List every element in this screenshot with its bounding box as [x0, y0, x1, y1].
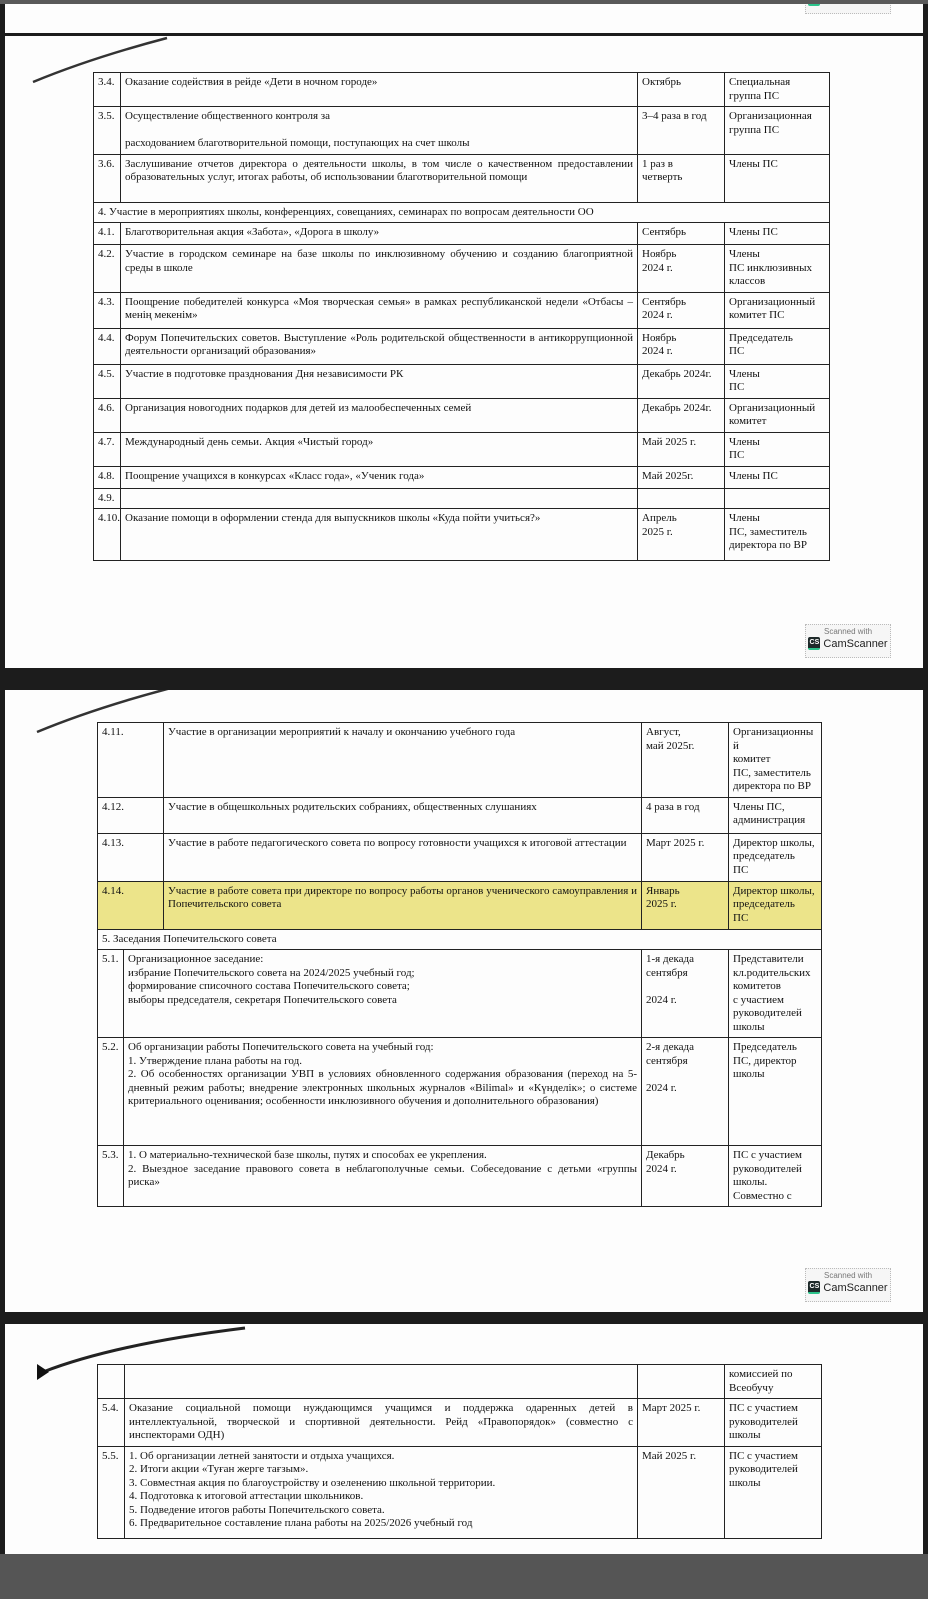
cell-text-line: Об организации работы Попечительского со… — [128, 1041, 637, 1055]
cell-text-line: 1 раз в — [642, 158, 720, 172]
cell-text-line: Сентябрь — [642, 226, 720, 240]
cell-text-line: ПС — [733, 912, 817, 926]
scanned-page-3: комиссией поВсеобучу5.4.Оказание социаль… — [5, 1324, 923, 1554]
cell-text-line — [125, 124, 633, 138]
deadline-cell: 1-я декадасентября 2024 г. — [642, 950, 729, 1038]
cell-text-line: руководителей — [733, 1007, 817, 1021]
cell-text-line: ПС с участием — [729, 1450, 817, 1464]
activity-cell: Участие в городском семинаре на базе шко… — [121, 245, 638, 293]
table-row: 4.7.Международный день семьи. Акция «Чис… — [94, 432, 830, 466]
cell-text-line: Март 2025 г. — [646, 837, 724, 851]
responsible-cell: Организационнаягруппа ПС — [725, 107, 830, 155]
camscanner-logo-icon: CS — [808, 637, 820, 650]
cell-text-line: ПС, заместитель — [729, 526, 825, 540]
cell-text-line: Участие в работе педагогического совета … — [168, 837, 637, 851]
activity-cell: Форум Попечительских советов. Выступлени… — [121, 328, 638, 364]
cell-text-line: председатель — [733, 850, 817, 864]
plan-table-page2: 4.11.Участие в организации мероприятий к… — [97, 722, 822, 1207]
cell-text-line: 1-я декада — [646, 953, 724, 967]
deadline-cell: Март 2025 г. — [642, 833, 729, 881]
cell-text-line: сентября — [646, 967, 724, 981]
activity-cell: Участие в работе педагогического совета … — [164, 833, 642, 881]
cell-text-line: 2024 г. — [642, 309, 720, 323]
deadline-cell: Декабрь 2024г. — [638, 364, 725, 398]
cell-text-line: Август, — [646, 726, 724, 740]
cell-text-line: комитет — [733, 753, 817, 767]
deadline-cell: 3–4 раза в год — [638, 107, 725, 155]
cell-text-line: школы. — [733, 1176, 817, 1190]
item-number: 3.5. — [94, 107, 121, 155]
table-row: 4.14.Участие в работе совета при директо… — [98, 881, 822, 929]
activity-cell: Организация новогодних подарков для дете… — [121, 398, 638, 432]
item-number: 4.5. — [94, 364, 121, 398]
item-number: 5.5. — [98, 1446, 125, 1538]
table-row: 5.3.1. О материально-технической базе шк… — [98, 1146, 822, 1207]
cell-text-line: Организационное заседание: — [128, 953, 637, 967]
deadline-cell — [638, 488, 725, 509]
deadline-cell: Октябрь — [638, 73, 725, 107]
activity-cell: Оказание социальной помощи нуждающимся у… — [125, 1399, 638, 1447]
item-number: 4.14. — [98, 881, 164, 929]
table-row: 4.2.Участие в городском семинаре на базе… — [94, 245, 830, 293]
cell-text-line: директора по ВР — [733, 780, 817, 794]
cell-text-line: Май 2025 г. — [642, 436, 720, 450]
cell-text-line: Поощрение победителей конкурса «Моя твор… — [125, 296, 633, 323]
item-number: 4.6. — [94, 398, 121, 432]
responsible-cell: ЧленыПС инклюзивныхклассов — [725, 245, 830, 293]
deadline-cell: Май 2025 г. — [638, 432, 725, 466]
deadline-cell: Апрель2025 г. — [638, 509, 725, 561]
table-row: 3.5.Осуществление общественного контроля… — [94, 107, 830, 155]
table-row: 4.10.Оказание помощи в оформлении стенда… — [94, 509, 830, 561]
cell-text-line: Представители — [733, 953, 817, 967]
deadline-cell: Ноябрь2024 г. — [638, 245, 725, 293]
cell-text-line: группа ПС — [729, 124, 825, 138]
cell-text-line: Март 2025 г. — [642, 1402, 720, 1416]
activity-cell: Заслушивание отчетов директора о деятель… — [121, 154, 638, 202]
cell-text-line: 2. Итоги акции «Туған жерге тағзым». — [129, 1463, 633, 1477]
table-row: 3.6.Заслушивание отчетов директора о дея… — [94, 154, 830, 202]
cell-text-line: 1. Об организации летней занятости и отд… — [129, 1450, 633, 1464]
cell-text-line: 2024 г. — [642, 345, 720, 359]
cell-text-line: Организация новогодних подарков для дете… — [125, 402, 633, 416]
cell-text-line: Осуществление общественного контроля за — [125, 110, 633, 124]
responsible-cell: ПредседательПС, директоршколы — [729, 1038, 822, 1146]
cell-text-line: администрация — [733, 814, 817, 828]
cell-text-line: Всеобучу — [729, 1382, 817, 1396]
cell-text-line: Организационный — [729, 296, 825, 310]
item-number: 3.4. — [94, 73, 121, 107]
cell-text-line: руководителей — [729, 1416, 817, 1430]
cell-text-line: группа ПС — [729, 90, 825, 104]
item-number: 4.8. — [94, 466, 121, 488]
responsible-cell: ЧленыПС — [725, 432, 830, 466]
cell-text-line: Члены — [729, 248, 825, 262]
responsible-cell: Представителикл.родительскихкомитетовс у… — [729, 950, 822, 1038]
cell-text-line: комитет — [729, 415, 825, 429]
cell-text-line: ПС — [729, 381, 825, 395]
cell-text-line: директора по ВР — [729, 539, 825, 553]
table-row: 4.13.Участие в работе педагогического со… — [98, 833, 822, 881]
item-number: 4.13. — [98, 833, 164, 881]
cell-text-line: Международный день семьи. Акция «Чистый … — [125, 436, 633, 450]
responsible-cell — [725, 488, 830, 509]
viewer-bottom-bar — [0, 1554, 928, 1599]
cell-text-line: 2. Об особенностях организации УВП в усл… — [128, 1068, 637, 1109]
cell-text-line: Участие в работе совета при директоре по… — [168, 885, 637, 912]
deadline-cell: Сентябрь2024 г. — [638, 292, 725, 328]
cell-text-line: 2-я декада — [646, 1041, 724, 1055]
deadline-cell: Январь2025 г. — [642, 881, 729, 929]
table-row: 4.6.Организация новогодних подарков для … — [94, 398, 830, 432]
table-row: комиссией поВсеобучу — [98, 1365, 822, 1399]
item-number: 5.3. — [98, 1146, 124, 1207]
cell-text-line: Директор школы, — [733, 837, 817, 851]
cell-text-line: 2025 г. — [642, 526, 720, 540]
responsible-cell: Организационныйкомитет — [725, 398, 830, 432]
cell-text-line: май 2025г. — [646, 740, 724, 754]
cell-text-line: ПС инклюзивных — [729, 262, 825, 276]
activity-cell: Об организации работы Попечительского со… — [124, 1038, 642, 1146]
activity-cell: Поощрение учащихся в конкурсах «Класс го… — [121, 466, 638, 488]
activity-cell — [121, 488, 638, 509]
cell-text-line: руководителей — [733, 1163, 817, 1177]
cell-text-line: Поощрение учащихся в конкурсах «Класс го… — [125, 470, 633, 484]
table-row: 4.11.Участие в организации мероприятий к… — [98, 723, 822, 798]
camscanner-watermark: Scanned with CSCamScanner — [805, 1268, 891, 1302]
item-number: 5.2. — [98, 1038, 124, 1146]
cell-text-line: 1. О материально-технической базе школы,… — [128, 1149, 637, 1163]
responsible-cell: ПС с участиемруководителейшколы — [725, 1446, 822, 1538]
cell-text-line: Члены — [729, 368, 825, 382]
responsible-cell: ПС с участиемруководителейшколы.Совместн… — [729, 1146, 822, 1207]
item-number — [98, 1365, 125, 1399]
responsible-cell: ПС с участиемруководителейшколы — [725, 1399, 822, 1447]
cell-text-line: Члены — [729, 512, 825, 526]
camscanner-logo-icon: CS — [808, 1281, 820, 1294]
cell-text-line: 3. Совместная акция по благоустройству и… — [129, 1477, 633, 1491]
deadline-cell: Ноябрь2024 г. — [638, 328, 725, 364]
cell-text-line: формирование списочного состава Попечите… — [128, 980, 637, 994]
previous-page-strip: Scanned with CSCamScanner — [5, 4, 923, 33]
activity-cell: Поощрение победителей конкурса «Моя твор… — [121, 292, 638, 328]
activity-cell: Благотворительная акция «Забота», «Дорог… — [121, 223, 638, 245]
item-number: 3.6. — [94, 154, 121, 202]
cell-text-line: Участие в городском семинаре на базе шко… — [125, 248, 633, 275]
cell-text-line: комитетов — [733, 980, 817, 994]
plan-table-page3: комиссией поВсеобучу5.4.Оказание социаль… — [97, 1364, 822, 1539]
item-number: 4.3. — [94, 292, 121, 328]
table-row: 4.8.Поощрение учащихся в конкурсах «Клас… — [94, 466, 830, 488]
responsible-cell: Специальнаягруппа ПС — [725, 73, 830, 107]
activity-cell: Участие в общешкольных родительских собр… — [164, 797, 642, 833]
item-number: 4.4. — [94, 328, 121, 364]
cell-text-line: 2024 г. — [646, 1163, 724, 1177]
cell-text-line: ПС с участием — [729, 1402, 817, 1416]
cell-text-line: 2. Выездное заседание правового совета в… — [128, 1163, 637, 1190]
responsible-cell: Директор школы,председательПС — [729, 881, 822, 929]
responsible-cell: Организационныйкомитет ПС — [725, 292, 830, 328]
deadline-cell: Март 2025 г. — [638, 1399, 725, 1447]
cell-text-line: председатель — [733, 898, 817, 912]
cell-text-line: выборы председателя, секретаря Попечител… — [128, 994, 637, 1008]
cell-text-line: избрание Попечительского совета на 2024/… — [128, 967, 637, 981]
cell-text-line: Участие в общешкольных родительских собр… — [168, 801, 637, 815]
item-number: 4.2. — [94, 245, 121, 293]
responsible-cell: ПредседательПС — [725, 328, 830, 364]
table-row: 4.5.Участие в подготовке празднования Дн… — [94, 364, 830, 398]
table-row: 4.3.Поощрение победителей конкурса «Моя … — [94, 292, 830, 328]
deadline-cell: 4 раза в год — [642, 797, 729, 833]
cell-text-line: Май 2025 г. — [642, 1450, 720, 1464]
cell-text-line: Организационный — [729, 402, 825, 416]
item-number: 4.11. — [98, 723, 164, 798]
item-number: 4.7. — [94, 432, 121, 466]
cell-text-line: ПС, заместитель — [733, 767, 817, 781]
deadline-cell: Май 2025 г. — [638, 1446, 725, 1538]
cell-text-line: Оказание содействия в рейде «Дети в ночн… — [125, 76, 633, 90]
deadline-cell: Декабрь 2024г. — [638, 398, 725, 432]
responsible-cell: ОрганизационныйкомитетПС, заместительдир… — [729, 723, 822, 798]
responsible-cell: Члены ПС,администрация — [729, 797, 822, 833]
cell-text-line: школы — [733, 1068, 817, 1082]
cell-text-line: 6. Предварительное составление плана раб… — [129, 1517, 633, 1531]
responsible-cell: Члены ПС — [725, 466, 830, 488]
cell-text-line: Участие в подготовке празднования Дня не… — [125, 368, 633, 382]
section-title: 5. Заседания Попечительского совета — [98, 929, 822, 950]
cell-text-line: Апрель — [642, 512, 720, 526]
item-number: 4.12. — [98, 797, 164, 833]
cell-text-line: Оказание социальной помощи нуждающимся у… — [129, 1402, 633, 1443]
cell-text-line: школы — [729, 1477, 817, 1491]
cell-text-line: Декабрь 2024г. — [642, 368, 720, 382]
activity-cell: Участие в подготовке празднования Дня не… — [121, 364, 638, 398]
activity-cell — [125, 1365, 638, 1399]
deadline-cell: 1 раз вчетверть — [638, 154, 725, 202]
cell-text-line: Председатель — [729, 332, 825, 346]
deadline-cell: 2-я декадасентября 2024 г. — [642, 1038, 729, 1146]
responsible-cell: Директор школы,председательПС — [729, 833, 822, 881]
cell-text-line: Члены ПС — [729, 158, 825, 172]
cell-text-line — [129, 1368, 633, 1382]
cell-text-line: ПС — [729, 345, 825, 359]
cell-text-line: 2025 г. — [646, 898, 724, 912]
activity-cell: Осуществление общественного контроля за … — [121, 107, 638, 155]
camscanner-logo-icon: CS — [808, 4, 820, 6]
table-row: 4.1.Благотворительная акция «Забота», «Д… — [94, 223, 830, 245]
cell-text-line — [125, 492, 633, 506]
table-row: 4.9. — [94, 488, 830, 509]
deadline-cell: Август,май 2025г. — [642, 723, 729, 798]
deadline-cell: Май 2025г. — [638, 466, 725, 488]
cell-text-line: ПС — [729, 449, 825, 463]
cell-text-line: Специальная — [729, 76, 825, 90]
cell-text-line: комитет ПС — [729, 309, 825, 323]
activity-cell: 1. О материально-технической базе школы,… — [124, 1146, 642, 1207]
cell-text-line: Участие в организации мероприятий к нача… — [168, 726, 637, 740]
activity-cell: Международный день семьи. Акция «Чистый … — [121, 432, 638, 466]
cell-text-line — [646, 980, 724, 994]
cell-text-line: сентября — [646, 1055, 724, 1069]
table-row: 5.4.Оказание социальной помощи нуждающим… — [98, 1399, 822, 1447]
responsible-cell: Члены ПС — [725, 223, 830, 245]
table-row: 5.5.1. Об организации летней занятости и… — [98, 1446, 822, 1538]
cell-text-line: ПС с участием — [733, 1149, 817, 1163]
table-row: 5.2.Об организации работы Попечительског… — [98, 1038, 822, 1146]
activity-cell: Оказание помощи в оформлении стенда для … — [121, 509, 638, 561]
responsible-cell: ЧленыПС — [725, 364, 830, 398]
cell-text-line: Ноябрь — [642, 332, 720, 346]
scanned-page-1: 3.4.Оказание содействия в рейде «Дети в … — [5, 36, 923, 668]
cell-text-line: Сентябрь — [642, 296, 720, 310]
cell-text-line — [646, 1068, 724, 1082]
responsible-cell: Члены ПС — [725, 154, 830, 202]
table-row: 3.4.Оказание содействия в рейде «Дети в … — [94, 73, 830, 107]
cell-text-line: руководителей — [729, 1463, 817, 1477]
cell-text-line: Заслушивание отчетов директора о деятель… — [125, 158, 633, 185]
cell-text-line: Члены — [729, 436, 825, 450]
cell-text-line: Директор школы, — [733, 885, 817, 899]
cell-text-line: школы — [729, 1429, 817, 1443]
section-title: 4. Участие в мероприятиях школы, конфере… — [94, 202, 830, 223]
activity-cell: Оказание содействия в рейде «Дети в ночн… — [121, 73, 638, 107]
responsible-cell: ЧленыПС, заместительдиректора по ВР — [725, 509, 830, 561]
cell-text-line: Декабрь — [646, 1149, 724, 1163]
table-row: 4.4.Форум Попечительских советов. Выступ… — [94, 328, 830, 364]
cell-text-line: четверть — [642, 171, 720, 185]
cell-text-line: Организационная — [729, 110, 825, 124]
cell-text-line: ПС, директор — [733, 1055, 817, 1069]
activity-cell: Участие в работе совета при директоре по… — [164, 881, 642, 929]
cell-text-line: расходованием благотворительной помощи, … — [125, 137, 633, 151]
cell-text-line: Январь — [646, 885, 724, 899]
item-number: 4.9. — [94, 488, 121, 509]
cell-text-line: 4 раза в год — [646, 801, 724, 815]
item-number: 5.1. — [98, 950, 124, 1038]
cell-text-line: Организационный — [733, 726, 817, 753]
section-heading-row: 5. Заседания Попечительского совета — [98, 929, 822, 950]
cell-text-line: 4. Подготовка к итоговой аттестации школ… — [129, 1490, 633, 1504]
activity-cell: Организационное заседание:избрание Попеч… — [124, 950, 642, 1038]
plan-table-page1: 3.4.Оказание содействия в рейде «Дети в … — [93, 72, 830, 561]
scanned-page-2: 4.11.Участие в организации мероприятий к… — [5, 690, 923, 1312]
cell-text-line: школы — [733, 1021, 817, 1035]
item-number: 4.10. — [94, 509, 121, 561]
cell-text-line: Благотворительная акция «Забота», «Дорог… — [125, 226, 633, 240]
cell-text-line: Май 2025г. — [642, 470, 720, 484]
cell-text-line: Члены ПС — [729, 470, 825, 484]
cell-text-line — [642, 492, 720, 506]
cell-text-line: Члены ПС — [729, 226, 825, 240]
cell-text-line — [729, 492, 825, 506]
cell-text-line: комиссией по — [729, 1368, 817, 1382]
cell-text-line: ПС — [733, 864, 817, 878]
cell-text-line: Совместно с — [733, 1190, 817, 1204]
cell-text-line: 2024 г. — [646, 994, 724, 1008]
cell-text-line: 2024 г. — [642, 262, 720, 276]
cell-text-line: Председатель — [733, 1041, 817, 1055]
table-row: 5.1.Организационное заседание:избрание П… — [98, 950, 822, 1038]
item-number: 4.1. — [94, 223, 121, 245]
cell-text-line: кл.родительских — [733, 967, 817, 981]
cell-text-line: 5. Подведение итогов работы Попечительск… — [129, 1504, 633, 1518]
cell-text-line: с участием — [733, 994, 817, 1008]
cell-text-line: классов — [729, 275, 825, 289]
item-number: 5.4. — [98, 1399, 125, 1447]
activity-cell: 1. Об организации летней занятости и отд… — [125, 1446, 638, 1538]
section-heading-row: 4. Участие в мероприятиях школы, конфере… — [94, 202, 830, 223]
cell-text-line: 2024 г. — [646, 1082, 724, 1096]
cell-text-line: Форум Попечительских советов. Выступлени… — [125, 332, 633, 359]
cell-text-line — [642, 1368, 720, 1382]
camscanner-watermark: Scanned with CSCamScanner — [805, 4, 891, 14]
deadline-cell: Декабрь2024 г. — [642, 1146, 729, 1207]
cell-text-line: Октябрь — [642, 76, 720, 90]
cell-text-line: Оказание помощи в оформлении стенда для … — [125, 512, 633, 526]
activity-cell: Участие в организации мероприятий к нача… — [164, 723, 642, 798]
cell-text-line: Ноябрь — [642, 248, 720, 262]
cell-text-line: Декабрь 2024г. — [642, 402, 720, 416]
camscanner-watermark: Scanned with CSCamScanner — [805, 624, 891, 658]
responsible-cell: комиссией поВсеобучу — [725, 1365, 822, 1399]
cell-text-line: 3–4 раза в год — [642, 110, 720, 124]
cell-text-line: 1. Утверждение плана работы на год. — [128, 1055, 637, 1069]
deadline-cell — [638, 1365, 725, 1399]
deadline-cell: Сентябрь — [638, 223, 725, 245]
table-row: 4.12.Участие в общешкольных родительских… — [98, 797, 822, 833]
cell-text-line: Члены ПС, — [733, 801, 817, 815]
